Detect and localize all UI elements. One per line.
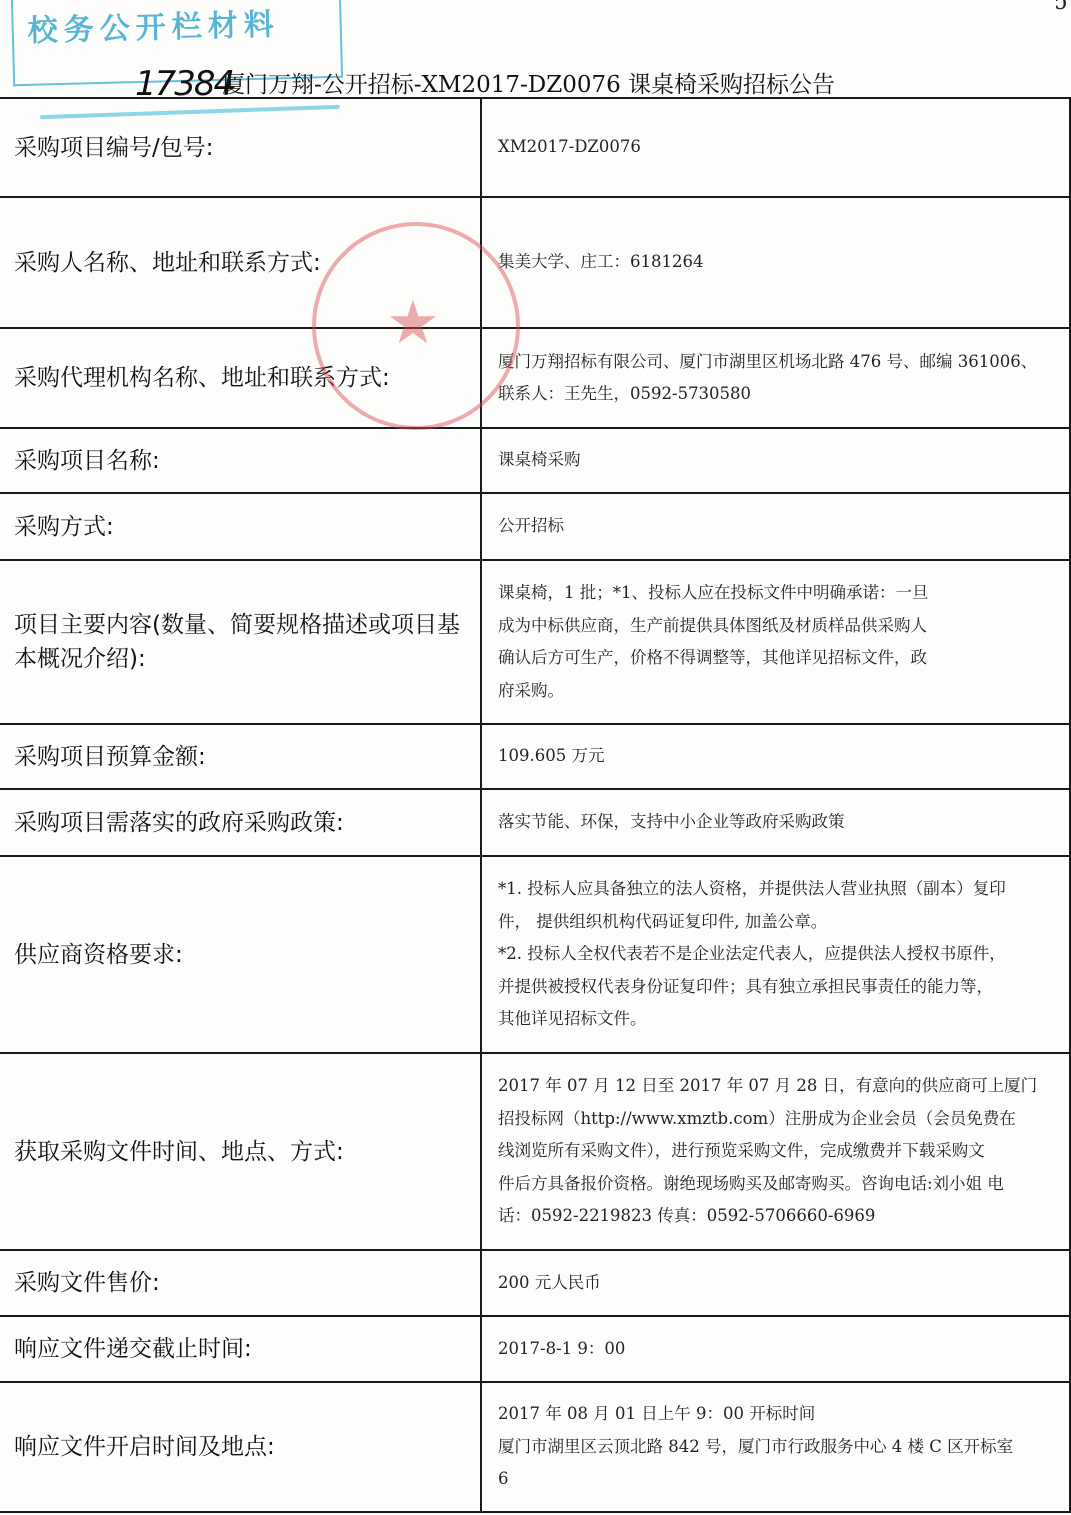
value-line: 厦门万翔招标有限公司、厦门市湖里区机场北路 476 号、邮编 361006、	[498, 346, 1051, 379]
title-row: 17384 厦门万翔-公开招标-XM2017-DZ0076 课桌椅采购招标公告	[0, 58, 1071, 98]
value-line: 6	[498, 1463, 1051, 1496]
value-line: 课桌椅，1 批；*1、投标人应在投标文件中明确承诺：一旦	[498, 577, 1051, 610]
value-line: 件， 提供组织机构代码证复印件, 加盖公章。	[498, 906, 1051, 939]
field-label: 采购方式:	[0, 493, 481, 560]
field-value: 集美大学、庄工：6181264	[481, 197, 1070, 328]
table-row: 采购项目名称:课桌椅采购	[0, 428, 1070, 493]
value-line: 线浏览所有采购文件），进行预览采购文件，完成缴费并下载采购文	[498, 1135, 1051, 1168]
field-label: 采购文件售价:	[0, 1250, 481, 1316]
field-value: 109.605 万元	[481, 724, 1070, 789]
field-value: 2017-8-1 9：00	[481, 1316, 1070, 1382]
field-value: *1. 投标人应具备独立的法人资格，并提供法人营业执照（副本）复印件， 提供组织…	[481, 856, 1070, 1053]
value-line: 并提供被授权代表身份证复印件；具有独立承担民事责任的能力等，	[498, 971, 1051, 1004]
page-title: 厦门万翔-公开招标-XM2017-DZ0076 课桌椅采购招标公告	[222, 66, 835, 99]
field-label: 获取采购文件时间、地点、方式:	[0, 1053, 481, 1250]
value-line: *2. 投标人全权代表若不是企业法定代表人，应提供法人授权书原件，	[498, 938, 1051, 971]
table-row: 供应商资格要求:*1. 投标人应具备独立的法人资格，并提供法人营业执照（副本）复…	[0, 856, 1070, 1053]
table-row: 采购项目编号/包号:XM2017-DZ0076	[0, 98, 1070, 197]
field-value: 200 元人民币	[481, 1250, 1070, 1316]
table-row: 项目主要内容(数量、简要规格描述或项目基本概况介绍):课桌椅，1 批；*1、投标…	[0, 560, 1070, 724]
table-row: 响应文件开启时间及地点:2017 年 08 月 01 日上午 9：00 开标时间…	[0, 1382, 1070, 1512]
value-line: 招投标网（http://www.xmztb.com）注册成为企业会员（会员免费在	[498, 1103, 1051, 1136]
table-row: 采购代理机构名称、地址和联系方式:厦门万翔招标有限公司、厦门市湖里区机场北路 4…	[0, 328, 1070, 428]
table-row: 采购人名称、地址和联系方式:集美大学、庄工：6181264	[0, 197, 1070, 328]
field-value: 课桌椅，1 批；*1、投标人应在投标文件中明确承诺：一旦成为中标供应商，生产前提…	[481, 560, 1070, 724]
table-row: 采购文件售价:200 元人民币	[0, 1250, 1070, 1316]
field-value: 厦门万翔招标有限公司、厦门市湖里区机场北路 476 号、邮编 361006、联系…	[481, 328, 1070, 428]
notice-table: 采购项目编号/包号:XM2017-DZ0076采购人名称、地址和联系方式:集美大…	[0, 97, 1071, 1513]
table-row: 采购项目需落实的政府采购政策:落实节能、环保，支持中小企业等政府采购政策	[0, 789, 1070, 856]
value-line: 确认后方可生产，价格不得调整等，其他详见招标文件，政	[498, 642, 1051, 675]
field-label: 响应文件递交截止时间:	[0, 1316, 481, 1382]
field-value: 课桌椅采购	[481, 428, 1070, 493]
value-line: *1. 投标人应具备独立的法人资格，并提供法人营业执照（副本）复印	[498, 873, 1051, 906]
value-line: 厦门市湖里区云顶北路 842 号，厦门市行政服务中心 4 楼 C 区开标室	[498, 1431, 1051, 1464]
field-label: 采购人名称、地址和联系方式:	[0, 197, 481, 328]
field-value: 公开招标	[481, 493, 1070, 560]
value-line: 2017-8-1 9：00	[498, 1333, 1051, 1366]
field-value: 2017 年 08 月 01 日上午 9：00 开标时间厦门市湖里区云顶北路 8…	[481, 1382, 1070, 1512]
value-line: 200 元人民币	[498, 1267, 1051, 1300]
value-line: 联系人：王先生，0592-5730580	[498, 378, 1051, 411]
value-line: 其他详见招标文件。	[498, 1003, 1051, 1036]
value-line: 话：0592-2219823 传真：0592-5706660-6969	[498, 1200, 1051, 1233]
value-line: 件后方具备报价资格。谢绝现场购买及邮寄购买。咨询电话:刘小姐 电	[498, 1168, 1051, 1201]
value-line: 课桌椅采购	[498, 444, 1051, 477]
value-line: XM2017-DZ0076	[498, 131, 1051, 164]
table-row: 获取采购文件时间、地点、方式:2017 年 07 月 12 日至 2017 年 …	[0, 1053, 1070, 1250]
field-value: XM2017-DZ0076	[481, 98, 1070, 197]
value-line: 成为中标供应商，生产前提供具体图纸及材质样品供采购人	[498, 610, 1051, 643]
table-row: 响应文件递交截止时间:2017-8-1 9：00	[0, 1316, 1070, 1382]
field-label: 采购项目预算金额:	[0, 724, 481, 789]
value-line: 集美大学、庄工：6181264	[498, 246, 1051, 279]
field-label: 采购项目编号/包号:	[0, 98, 481, 197]
field-value: 落实节能、环保，支持中小企业等政府采购政策	[481, 789, 1070, 856]
stamp-text: 校务公开栏材料	[27, 7, 280, 49]
field-label: 采购项目名称:	[0, 428, 481, 493]
corner-mark: ɔ	[1055, 0, 1067, 15]
value-line: 公开招标	[498, 510, 1051, 543]
value-line: 2017 年 08 月 01 日上午 9：00 开标时间	[498, 1398, 1051, 1431]
table-row: 采购项目预算金额:109.605 万元	[0, 724, 1070, 789]
field-label: 采购代理机构名称、地址和联系方式:	[0, 328, 481, 428]
field-label: 供应商资格要求:	[0, 856, 481, 1053]
value-line: 109.605 万元	[498, 740, 1051, 773]
value-line: 落实节能、环保，支持中小企业等政府采购政策	[498, 806, 1051, 839]
field-label: 响应文件开启时间及地点:	[0, 1382, 481, 1512]
field-label: 项目主要内容(数量、简要规格描述或项目基本概况介绍):	[0, 560, 481, 724]
table-row: 采购方式:公开招标	[0, 493, 1070, 560]
value-line: 府采购。	[498, 675, 1051, 708]
value-line: 2017 年 07 月 12 日至 2017 年 07 月 28 日，有意向的供…	[498, 1070, 1051, 1103]
field-value: 2017 年 07 月 12 日至 2017 年 07 月 28 日，有意向的供…	[481, 1053, 1070, 1250]
field-label: 采购项目需落实的政府采购政策:	[0, 789, 481, 856]
